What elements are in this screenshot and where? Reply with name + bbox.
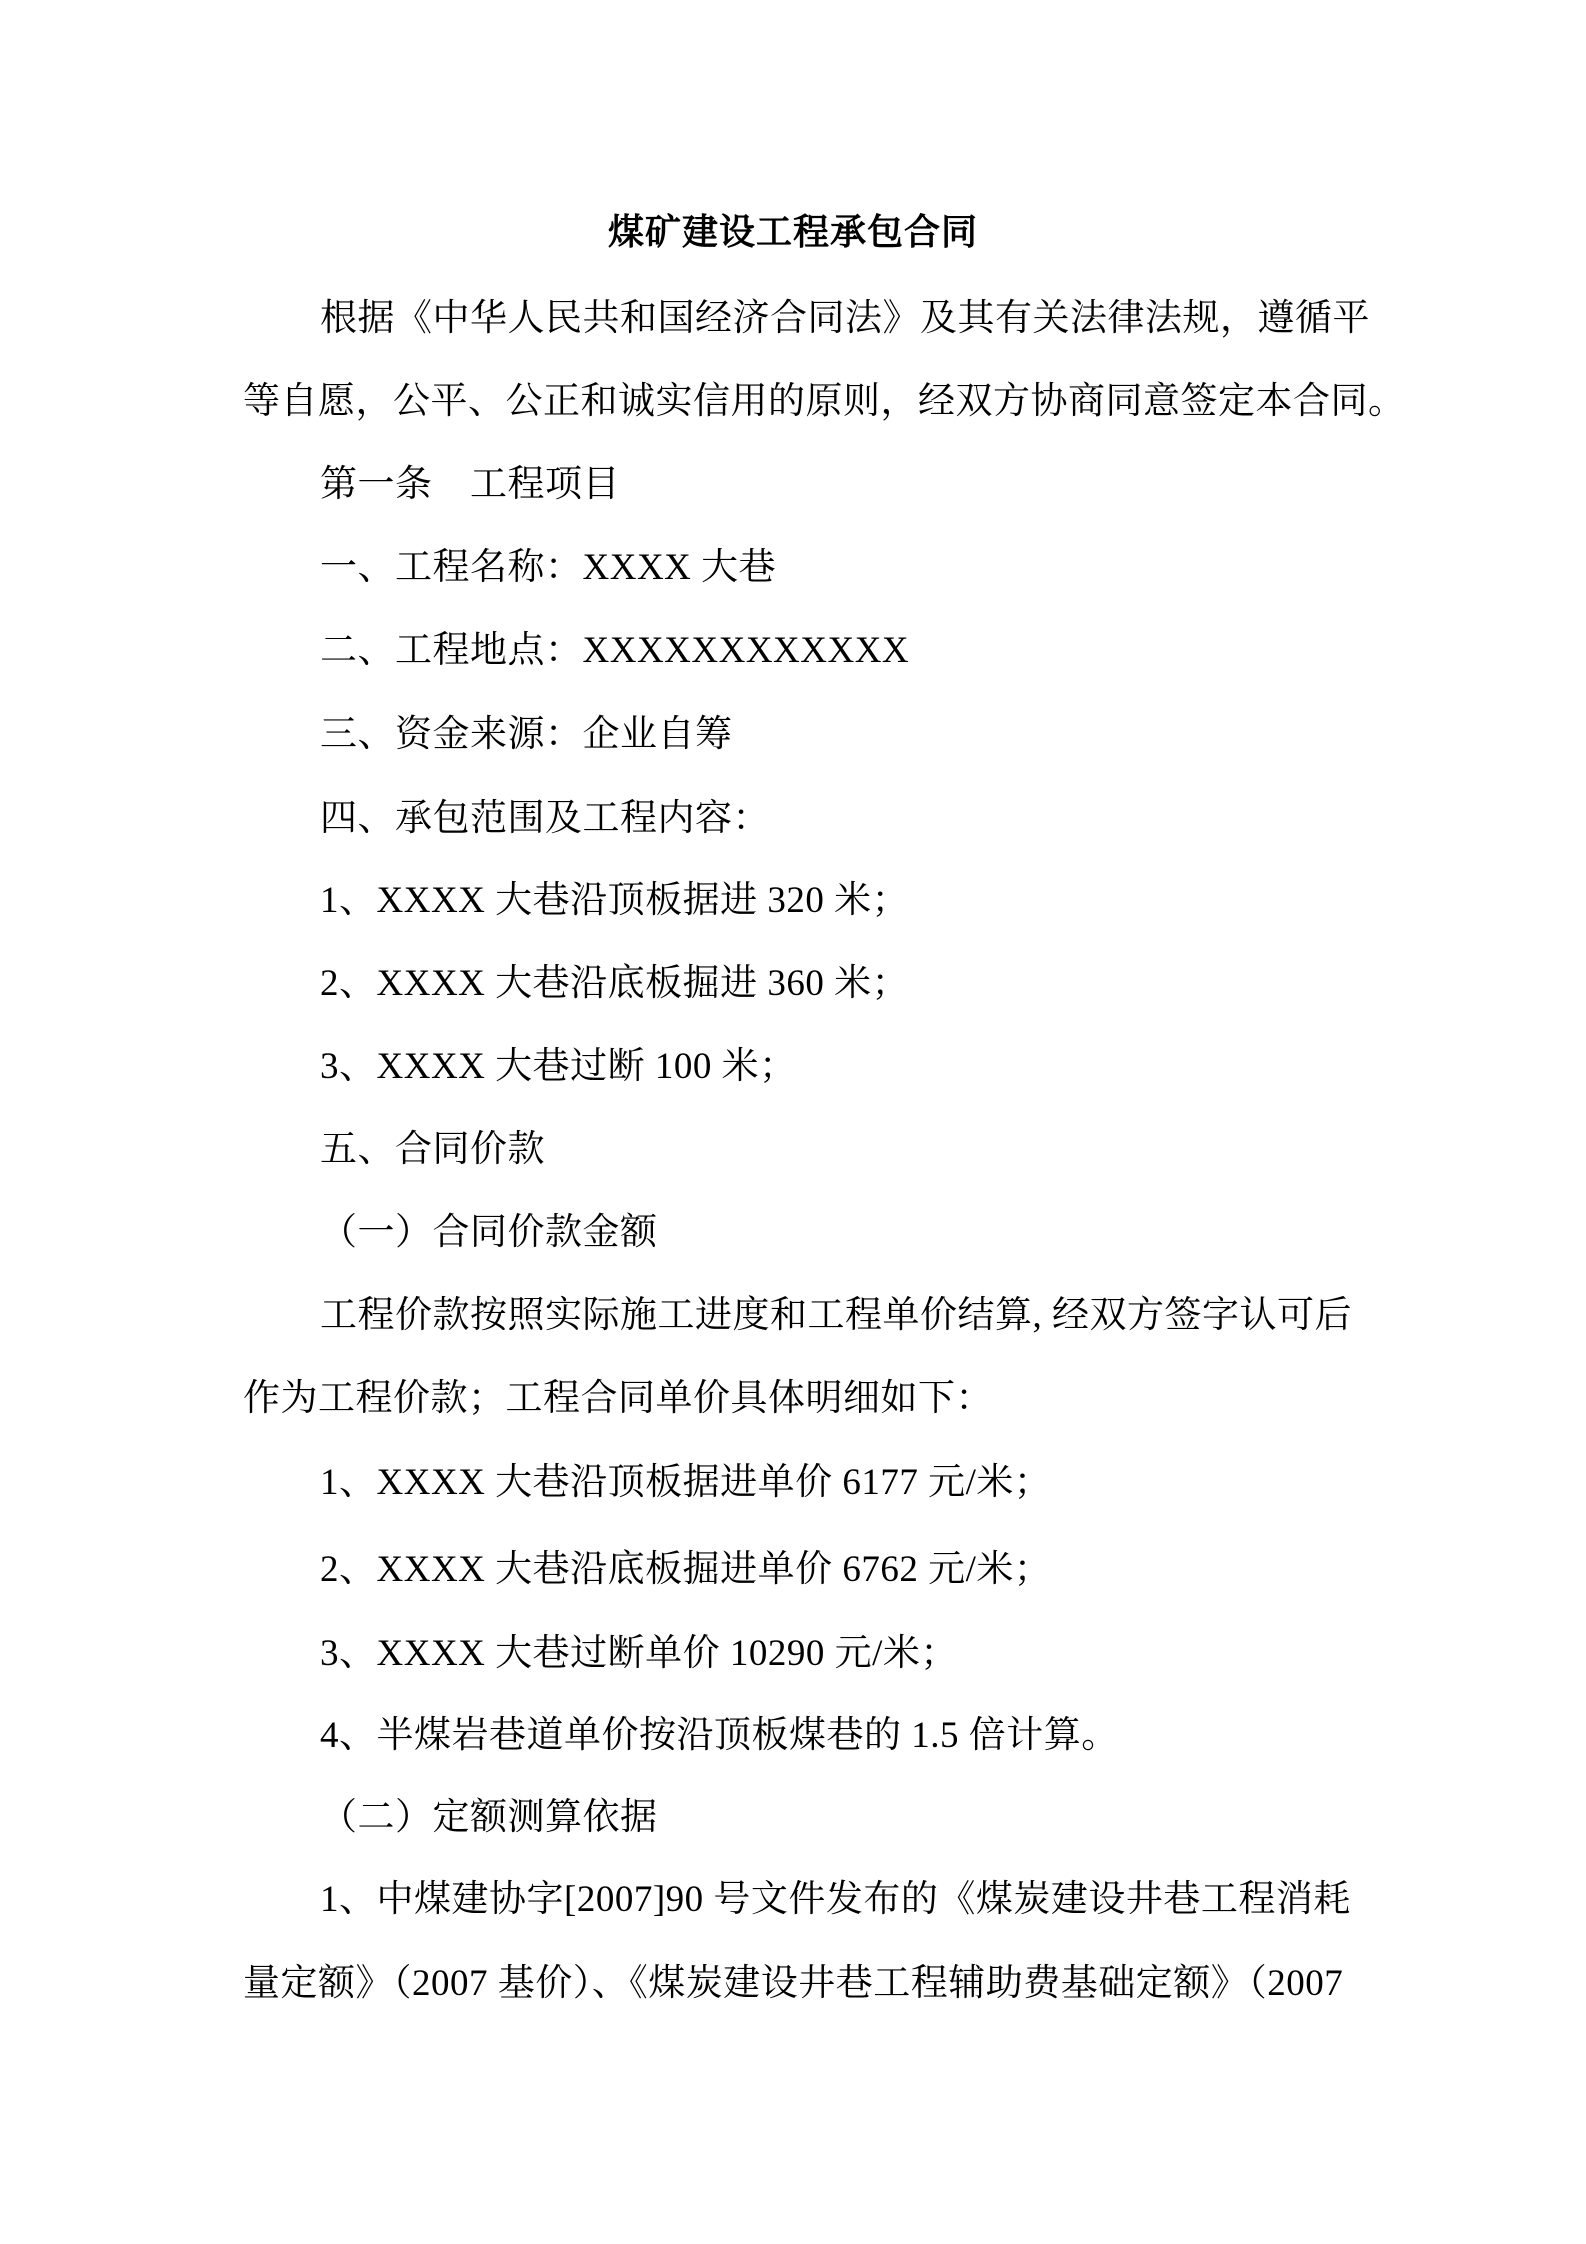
document-page: 煤矿建设工程承包合同 根据《中华人民共和国经济合同法》及其有关法律法规，遵循平 … (0, 0, 1586, 2244)
document-title: 煤矿建设工程承包合同 (0, 204, 1586, 255)
paragraph-line: 等自愿，公平、公正和诚实信用的原则，经双方协商同意签定本合同。 (243, 379, 1443, 425)
paragraph-line: 1、中煤建协字[2007]90 号文件发布的《煤炭建设井巷工程消耗 (320, 1877, 1520, 1923)
paragraph-line: 作为工程价款；工程合同单价具体明细如下： (243, 1376, 1443, 1422)
list-item: 四、承包范围及工程内容： (320, 796, 1520, 842)
list-item: 一、工程名称：XXXX 大巷 (320, 545, 1520, 591)
list-item: 3、XXXX 大巷过断 100 米； (320, 1044, 1520, 1090)
list-item: 3、XXXX 大巷过断单价 10290 元/米； (320, 1631, 1520, 1677)
list-item: 2、XXXX 大巷沿底板掘进 360 米； (320, 961, 1520, 1007)
list-item: 1、XXXX 大巷沿顶板据进 320 米； (320, 878, 1520, 924)
list-item: 五、合同价款 (320, 1127, 1520, 1173)
paragraph-line: 量定额》（2007 基价）、《煤炭建设井巷工程辅助费基础定额》（2007 (243, 1961, 1443, 2007)
list-item: 2、XXXX 大巷沿底板掘进单价 6762 元/米； (320, 1547, 1520, 1593)
sub-section-heading: （二）定额测算依据 (320, 1795, 1520, 1841)
sub-section-heading: （一）合同价款金额 (320, 1210, 1520, 1256)
list-item: 4、半煤岩巷道单价按沿顶板煤巷的 1.5 倍计算。 (320, 1713, 1520, 1759)
list-item: 三、资金来源：企业自筹 (320, 712, 1520, 758)
paragraph-line: 工程价款按照实际施工进度和工程单价结算, 经双方签字认可后 (320, 1293, 1520, 1339)
list-item: 1、XXXX 大巷沿顶板据进单价 6177 元/米； (320, 1460, 1520, 1506)
section-heading: 第一条 工程项目 (320, 462, 1520, 508)
list-item: 二、工程地点：XXXXXXXXXXXX (320, 628, 1520, 674)
paragraph-line: 根据《中华人民共和国经济合同法》及其有关法律法规，遵循平 (320, 296, 1520, 342)
